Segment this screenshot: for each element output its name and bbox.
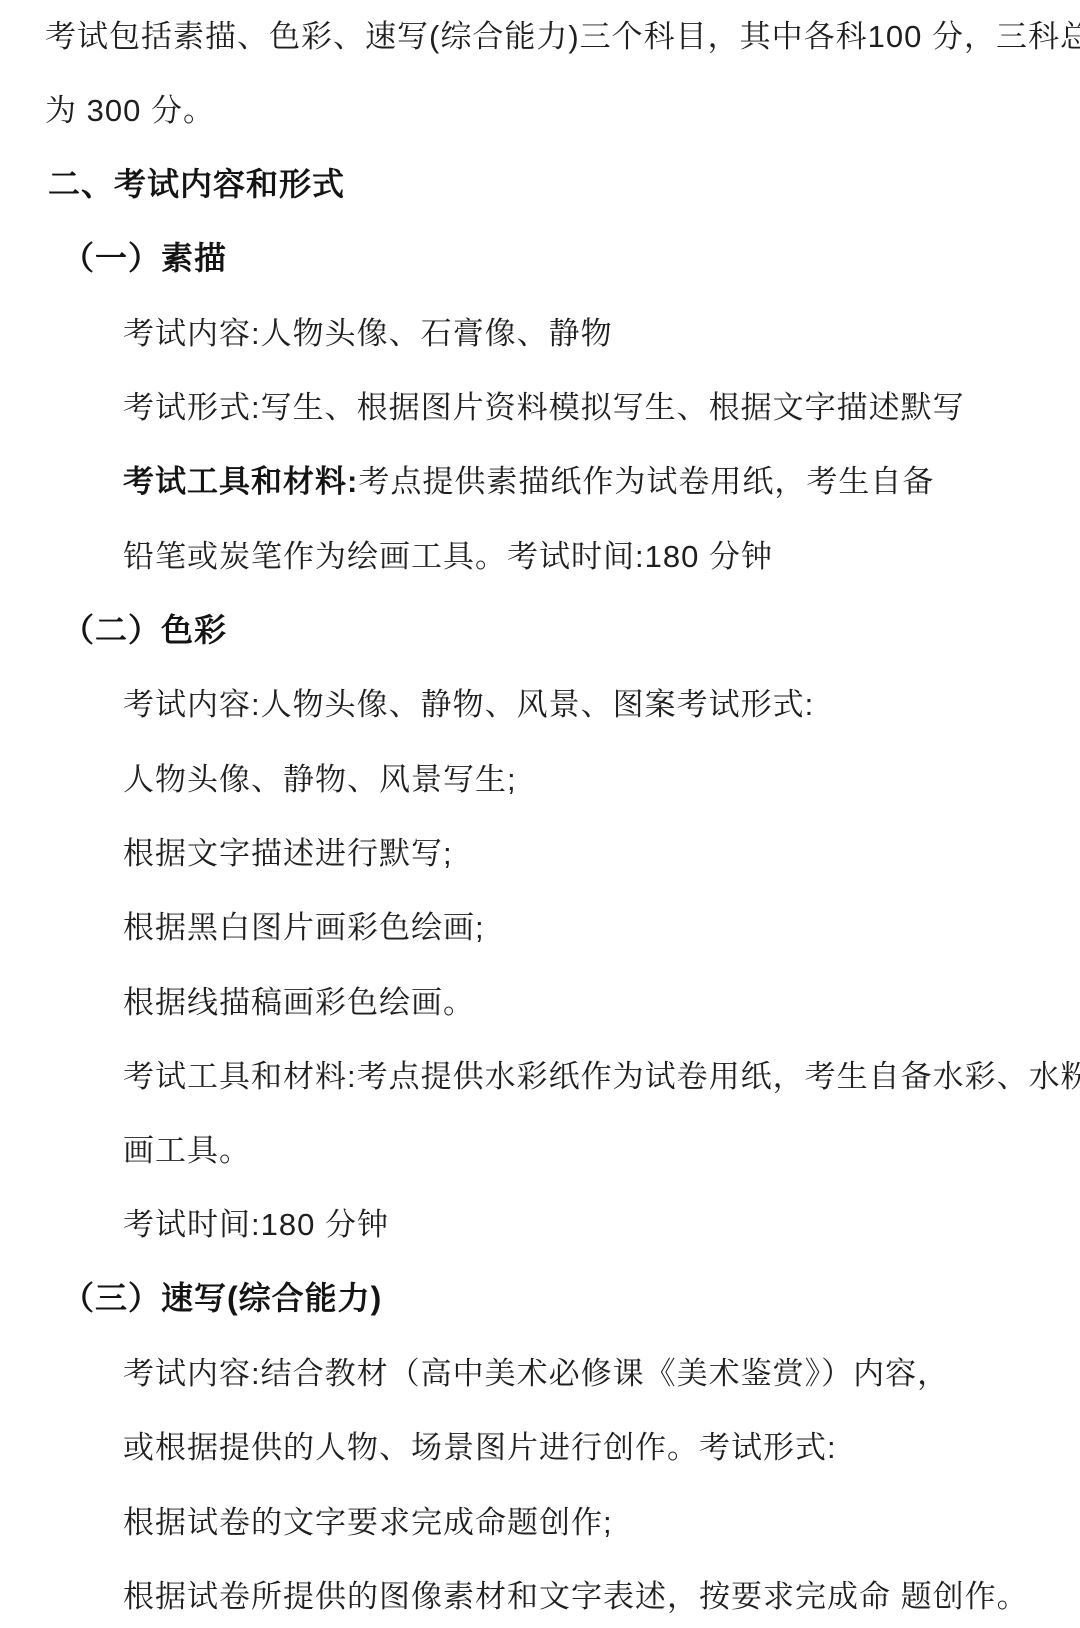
intro-text: 为 300 分。 — [45, 85, 215, 130]
subsection-heading-sketch: （一）素描 — [0, 219, 1080, 293]
body-text: 考试内容:结合教材（高中美术必修课《美术鉴赏》）内容， — [123, 1348, 949, 1393]
intro-paragraph-line: 考试包括素描、色彩、速写(综合能力)三个科目，其中各科100 分，三科总分 — [0, 0, 1080, 70]
body-line-color-tools-cont: 画工具。 — [0, 1110, 1080, 1184]
body-line-color-format-2: 根据文字描述进行默写; — [0, 813, 1080, 887]
body-line-quick-sketch-content: 考试内容:结合教材（高中美术必修课《美术鉴赏》）内容， — [0, 1333, 1080, 1407]
body-line-sketch-tools-cont: 铅笔或炭笔作为绘画工具。考试时间:180 分钟 — [0, 516, 1080, 590]
body-line-sketch-tools: 考试工具和材料: 考点提供素描纸作为试卷用纸，考生自备 — [0, 442, 1080, 516]
body-text: 根据试卷的文字要求完成命题创作; — [123, 1497, 613, 1542]
body-text: 根据黑白图片画彩色绘画; — [123, 902, 485, 947]
body-line-color-tools: 考试工具和材料:考点提供水彩纸作为试卷用纸，考生自备水彩、水粉绘 — [0, 1036, 1080, 1110]
body-text: 人物头像、静物、风景写生; — [123, 754, 517, 799]
subsection-heading-text: （一）素描 — [62, 233, 227, 279]
body-text: 考点提供素描纸作为试卷用纸，考生自备 — [358, 456, 934, 501]
body-text: 根据文字描述进行默写; — [123, 828, 453, 873]
body-line-color-format-3: 根据黑白图片画彩色绘画; — [0, 888, 1080, 962]
body-text: 考试工具和材料:考点提供水彩纸作为试卷用纸，考生自备水彩、水粉绘 — [123, 1051, 1080, 1096]
subsection-heading-quick-sketch: （三）速写(综合能力) — [0, 1259, 1080, 1333]
body-text: 考试内容:人物头像、石膏像、静物 — [123, 308, 613, 353]
subsection-heading-text: （三）速写(综合能力) — [62, 1273, 382, 1319]
body-text: 或根据提供的人物、场景图片进行创作。考试形式: — [123, 1422, 837, 1467]
body-text: 画工具。 — [123, 1125, 251, 1170]
body-line-color-time: 考试时间:180 分钟 — [0, 1185, 1080, 1259]
intro-paragraph-line: 为 300 分。 — [0, 70, 1080, 144]
body-text: 考试形式:写生、根据图片资料模拟写生、根据文字描述默写 — [123, 382, 965, 427]
body-text: 考试内容:人物头像、静物、风景、图案考试形式: — [123, 679, 814, 724]
body-line-sketch-content: 考试内容:人物头像、石膏像、静物 — [0, 293, 1080, 367]
body-line-sketch-format: 考试形式:写生、根据图片资料模拟写生、根据文字描述默写 — [0, 367, 1080, 441]
body-text: 考试时间:180 分钟 — [123, 1199, 389, 1244]
body-line-color-content: 考试内容:人物头像、静物、风景、图案考试形式: — [0, 665, 1080, 739]
subsection-heading-text: （二）色彩 — [62, 605, 227, 651]
subsection-heading-color: （二）色彩 — [0, 590, 1080, 664]
section-heading-text: 二、考试内容和形式 — [48, 159, 345, 205]
document-page: 考试包括素描、色彩、速写(综合能力)三个科目，其中各科100 分，三科总分 为 … — [0, 0, 1080, 1628]
body-text: 根据试卷所提供的图像素材和文字表述，按要求完成命 题创作。 — [123, 1571, 1029, 1616]
body-line-color-format-4: 根据线描稿画彩色绘画。 — [0, 962, 1080, 1036]
body-text: 根据线描稿画彩色绘画。 — [123, 977, 475, 1022]
body-bold-label: 考试工具和材料: — [123, 456, 358, 501]
body-line-quick-sketch-content-cont: 或根据提供的人物、场景图片进行创作。考试形式: — [0, 1408, 1080, 1482]
body-text: 铅笔或炭笔作为绘画工具。考试时间:180 分钟 — [123, 531, 773, 576]
body-line-color-format-1: 人物头像、静物、风景写生; — [0, 739, 1080, 813]
body-line-quick-sketch-format-1: 根据试卷的文字要求完成命题创作; — [0, 1482, 1080, 1556]
section-heading-exam-content-and-format: 二、考试内容和形式 — [0, 145, 1080, 219]
intro-text: 考试包括素描、色彩、速写(综合能力)三个科目，其中各科100 分，三科总分 — [45, 11, 1080, 56]
body-line-quick-sketch-format-2: 根据试卷所提供的图像素材和文字表述，按要求完成命 题创作。 — [0, 1556, 1080, 1628]
